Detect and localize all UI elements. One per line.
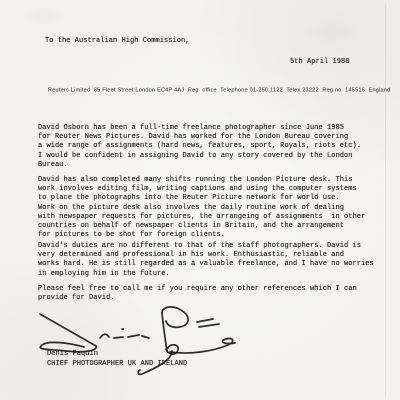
date-line: 5th April 1988 bbox=[290, 58, 350, 67]
paragraph-2: David has also completed many shifts run… bbox=[38, 176, 365, 240]
handwritten-signature bbox=[22, 306, 242, 381]
paragraph-4: Please feel free to call me if you requi… bbox=[38, 285, 357, 303]
paragraph-1: David Osborn has been a full-time freela… bbox=[38, 124, 361, 170]
scan-page-edge bbox=[385, 4, 386, 396]
signature-name: Denis Paquin bbox=[47, 350, 98, 359]
paragraph-3: David's duties are no different to that … bbox=[38, 242, 374, 279]
signature-title: CHIEF PHOTOGRAPHER UK AND IRELAND bbox=[47, 360, 187, 369]
scan-smudge bbox=[300, 20, 360, 44]
letter-page: To the Australian High Commission, 5th A… bbox=[0, 0, 400, 400]
scanned-letter-background: { "letter": { "addressee": "To the Austr… bbox=[0, 0, 400, 400]
scan-smudge bbox=[20, 6, 70, 26]
letterhead-row: Reuters Limited 85 Fleet Street London E… bbox=[48, 87, 378, 96]
letterhead-line: Reuters Limited 85 Fleet Street London E… bbox=[48, 87, 388, 93]
addressee-line: To the Australian High Commission, bbox=[45, 37, 190, 46]
